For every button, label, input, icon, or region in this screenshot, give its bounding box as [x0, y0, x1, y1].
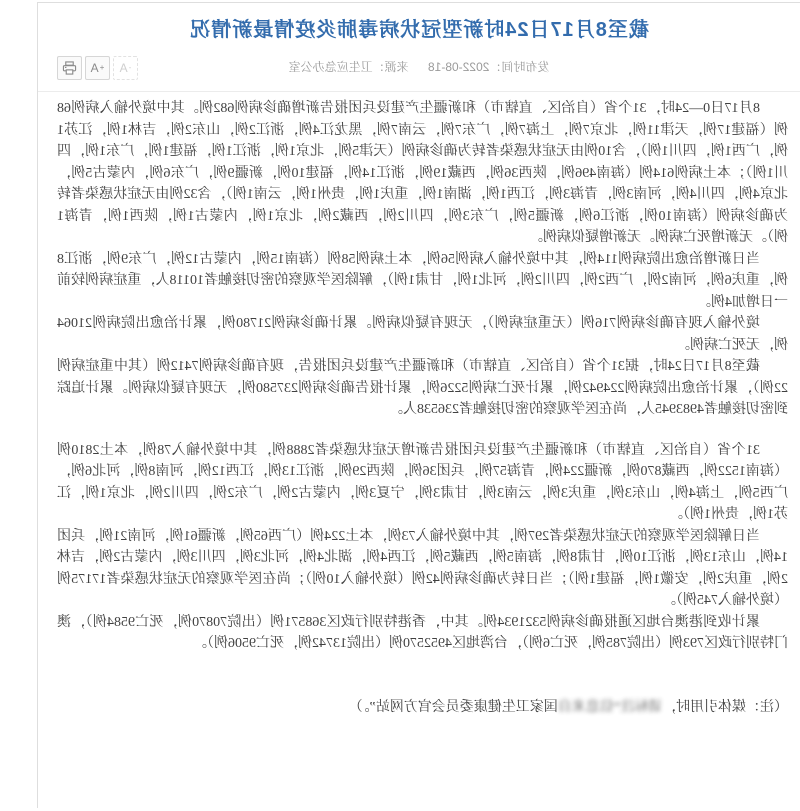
article-body: 8月17日0—24时，31个省（自治区、直辖市）和新疆生产建设兵团报告新增确诊病…	[38, 92, 800, 718]
paragraph: 当日解除医学观察的无症状感染者297例，其中境外输入73例，本土224例（广西6…	[57, 526, 788, 612]
footnote-blurred-segment: 请标注“信息来自	[558, 700, 662, 715]
publish-meta: 发布时间：2022-08-18 来源：卫生应急办公室	[38, 58, 800, 75]
page-title: 截至8月17日24时新型冠状病毒肺炎疫情最新情况	[58, 17, 780, 43]
font-increase-button[interactable]: +A	[85, 56, 110, 80]
font-decrease-label: A	[120, 62, 128, 74]
source-label: 来源：卫生应急办公室	[289, 60, 409, 74]
paragraph: 8月17日0—24时，31个省（自治区、直辖市）和新疆生产建设兵团报告新增确诊病…	[57, 98, 788, 249]
paragraph: 截至8月17日24时，据31个省（自治区、直辖市）和新疆生产建设兵团报告，现有确…	[57, 356, 788, 421]
minus-sign: -	[129, 64, 132, 72]
paragraph: 当日新增治愈出院病例114例，其中境外输入病例56例，本土病例58例（海南15例…	[57, 249, 788, 314]
paragraph: 境外输入现有确诊病例716例（无重症病例），无现有疑似病例。累计确诊病例2178…	[57, 313, 788, 356]
publish-time: 发布时间：2022-08-18	[428, 60, 549, 74]
footnote-post: 国家卫生健康委员会官方网站”。）	[349, 700, 558, 715]
print-button[interactable]	[57, 56, 82, 80]
paragraph: 累计收到港澳台地区通报确诊病例5321934例。其中，香港特别行政区368571…	[57, 612, 788, 655]
toolbar: -A +A	[57, 56, 138, 80]
font-decrease-button[interactable]: -A	[113, 56, 138, 80]
printer-icon	[62, 61, 77, 75]
screenshot-viewport: 截至8月17日24时新型冠状病毒肺炎疫情最新情况 发布时间：2022-08-18…	[0, 0, 800, 811]
citation-footnote: （注：媒体引用时，请标注“信息来自国家卫生健康委员会官方网站”。）	[57, 697, 788, 719]
mirrored-capture: 截至8月17日24时新型冠状病毒肺炎疫情最新情况 发布时间：2022-08-18…	[0, 2, 800, 811]
paragraph: 31个省（自治区、直辖市）和新疆生产建设兵团报告新增无症状感染者2888例，其中…	[57, 440, 788, 526]
plus-sign: +	[100, 64, 105, 72]
footnote-pre: （注：媒体引用时，	[662, 700, 788, 715]
article-page: 截至8月17日24时新型冠状病毒肺炎疫情最新情况 发布时间：2022-08-18…	[37, 2, 800, 808]
font-increase-label: A	[91, 62, 99, 74]
